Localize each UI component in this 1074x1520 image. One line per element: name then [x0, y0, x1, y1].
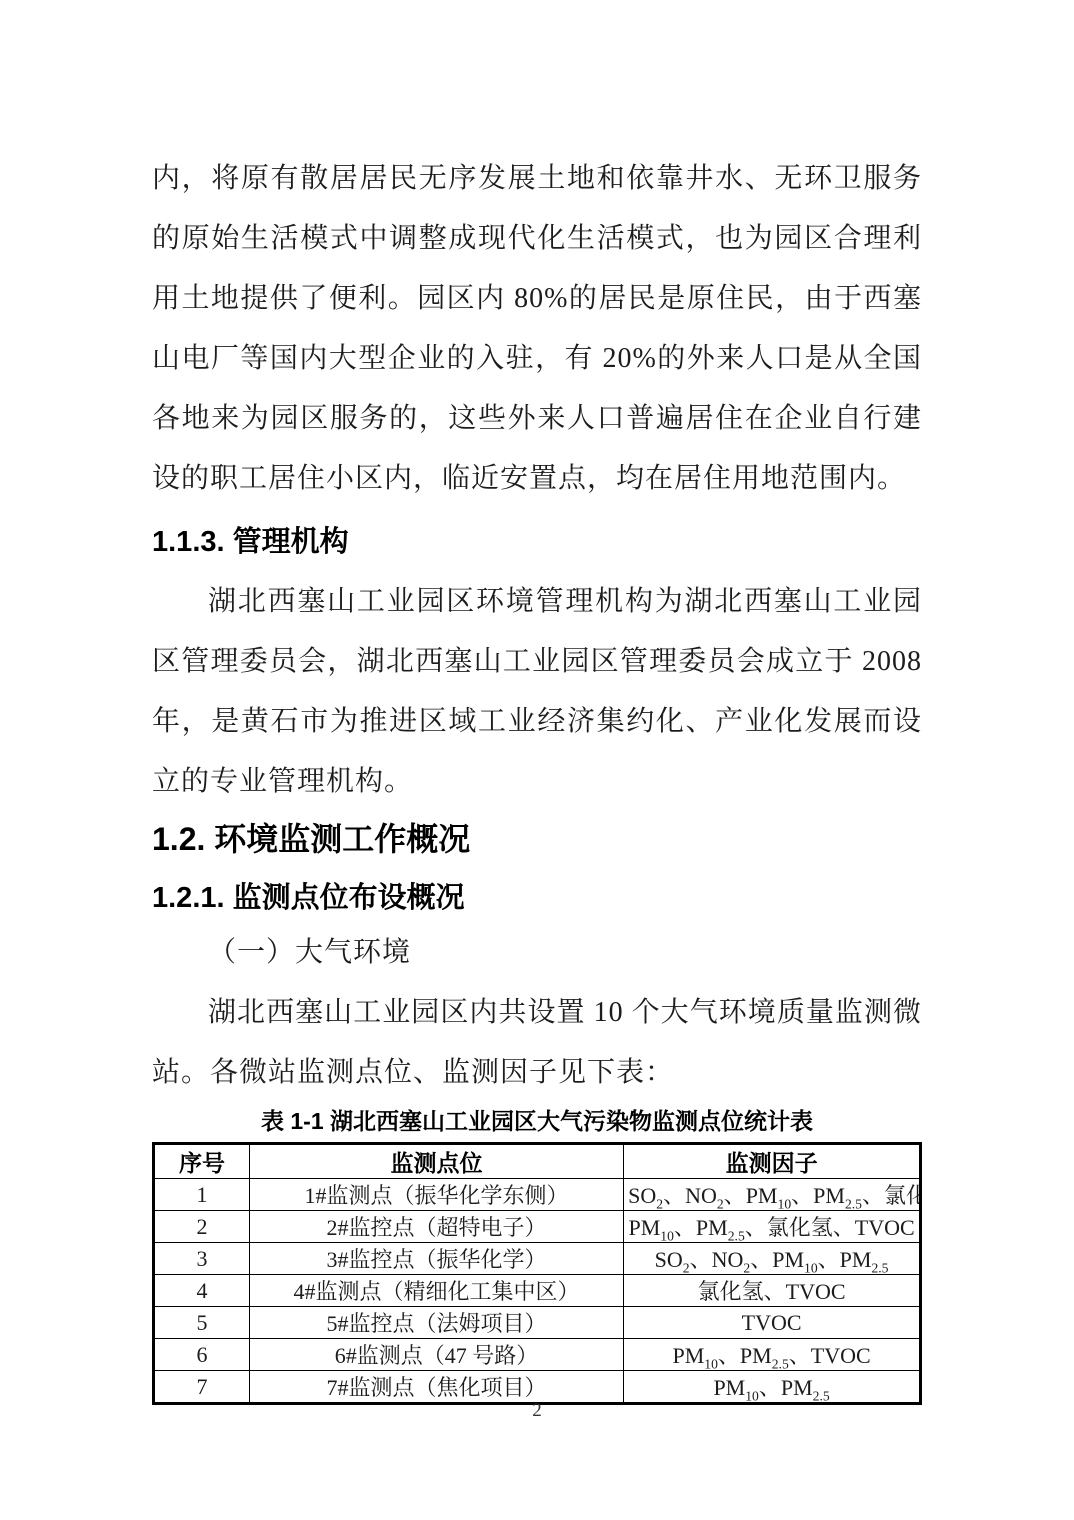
body-paragraph-continuation: 内，将原有散居居民无序发展土地和依靠井水、无环卫服务的原始生活模式中调整成现代化… [152, 149, 922, 509]
cell-site: 1#监测点（振华化学东侧） [249, 1179, 623, 1211]
cell-factors: SO2、NO2、PM10、PM2.5、氯化氢、TVOC [624, 1179, 921, 1211]
table-row-6: 6 6#监测点（47 号路） PM10、PM2.5、TVOC [154, 1339, 921, 1371]
body-paragraph-stations: 湖北西塞山工业园区内共设置 10 个大气环境质量监测微站。各微站监测点位、监测因… [152, 983, 922, 1103]
body-paragraph-management: 湖北西塞山工业园区环境管理机构为湖北西塞山工业园区管理委员会，湖北西塞山工业园区… [152, 572, 922, 812]
cell-seq: 7 [154, 1371, 250, 1404]
table-row-7: 7 7#监测点（焦化项目） PM10、PM2.5 [154, 1371, 921, 1404]
cell-seq: 1 [154, 1179, 250, 1211]
table-row-3: 3 3#监控点（振华化学） SO2、NO2、PM10、PM2.5 [154, 1243, 921, 1275]
column-header-factors: 监测因子 [624, 1144, 921, 1179]
cell-factors: PM10、PM2.5、TVOC [624, 1339, 921, 1371]
cell-seq: 6 [154, 1339, 250, 1371]
table-row-4: 4 4#监测点（精细化工集中区） 氯化氢、TVOC [154, 1275, 921, 1307]
cell-factors: SO2、NO2、PM10、PM2.5 [624, 1243, 921, 1275]
heading-1-2-1: 1.2.1. 监测点位布设概况 [152, 877, 922, 919]
table-caption: 表 1-1 湖北西塞山工业园区大气污染物监测点位统计表 [152, 1106, 922, 1136]
table-row-2: 2 2#监控点（超特电子） PM10、PM2.5、氯化氢、TVOC [154, 1211, 921, 1243]
column-header-site: 监测点位 [249, 1144, 623, 1179]
document-page: 内，将原有散居居民无序发展土地和依靠井水、无环卫服务的原始生活模式中调整成现代化… [0, 0, 1074, 1520]
cell-seq: 2 [154, 1211, 250, 1243]
cell-factors: PM10、PM2.5、氯化氢、TVOC [624, 1211, 921, 1243]
subsection-label-air-environment: （一）大气环境 [152, 923, 922, 983]
cell-site: 4#监测点（精细化工集中区） [249, 1275, 623, 1307]
monitoring-points-table: 序号 监测点位 监测因子 1 1#监测点（振华化学东侧） SO2、NO2、PM1… [152, 1142, 922, 1405]
cell-seq: 3 [154, 1243, 250, 1275]
cell-site: 5#监控点（法姆项目） [249, 1307, 623, 1339]
cell-factors: PM10、PM2.5 [624, 1371, 921, 1404]
column-header-seq: 序号 [154, 1144, 250, 1179]
cell-site: 7#监测点（焦化项目） [249, 1371, 623, 1404]
heading-1-2: 1.2. 环境监测工作概况 [152, 816, 922, 862]
cell-site: 3#监控点（振华化学） [249, 1243, 623, 1275]
page-number: 2 [0, 1400, 1074, 1422]
cell-factors: 氯化氢、TVOC [624, 1275, 921, 1307]
cell-seq: 5 [154, 1307, 250, 1339]
cell-seq: 4 [154, 1275, 250, 1307]
table-row-5: 5 5#监控点（法姆项目） TVOC [154, 1307, 921, 1339]
page-content: 内，将原有散居居民无序发展土地和依靠井水、无环卫服务的原始生活模式中调整成现代化… [0, 0, 1074, 1405]
table-row-1: 1 1#监测点（振华化学东侧） SO2、NO2、PM10、PM2.5、氯化氢、T… [154, 1179, 921, 1211]
heading-1-1-3: 1.1.3. 管理机构 [152, 521, 922, 563]
table-header-row: 序号 监测点位 监测因子 [154, 1144, 921, 1179]
cell-factors: TVOC [624, 1307, 921, 1339]
cell-site: 6#监测点（47 号路） [249, 1339, 623, 1371]
cell-site: 2#监控点（超特电子） [249, 1211, 623, 1243]
